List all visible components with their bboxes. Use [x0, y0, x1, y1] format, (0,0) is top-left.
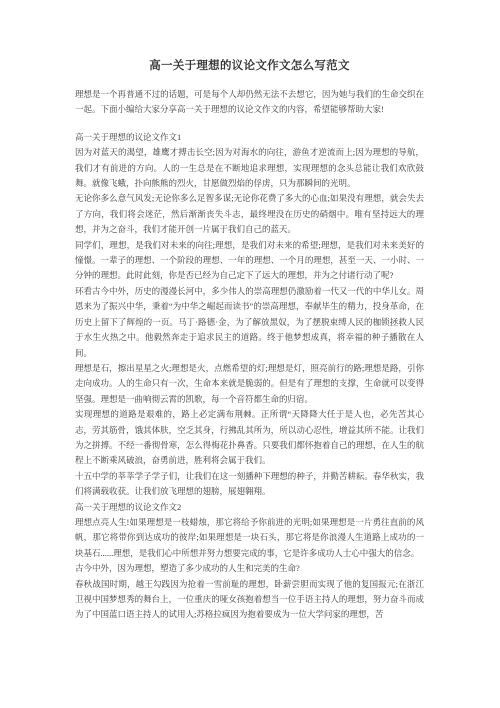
page-title: 高一关于理想的议论文作文怎么写范文: [75, 58, 424, 74]
section-1-paragraph-2: 无论你多么意气风发;无论你多么足智多谋;无论你花费了多大的心血;如果没有理想，就…: [75, 191, 424, 237]
section-1-paragraph-3: 同学们，理想，是我们对未来的向往;理想，是我们对未来的希望;理想，是我们对未来美…: [75, 238, 424, 284]
section-1-paragraph-7: 十五中学的莘莘学子学子们，让我们在这一刻播种下理想的种子，并勤苦耕耘。春华秋实，…: [75, 469, 424, 500]
section-1-paragraph-4: 环看古今中外，历史的漫漫长河中，多少伟人的崇高理想仍激励着一代又一代的中华儿女。…: [75, 284, 424, 361]
section-1-paragraph-1: 因为对蓝天的渴望，雄鹰才搏击长空;因为对海水的向往，游鱼才逆流而上;因为理想的导…: [75, 145, 424, 191]
section-1-heading: 高一关于理想的议论文作文1: [75, 130, 424, 145]
section-1-paragraph-5: 理想是石，擦出星星之火;理想是火，点燃希望的灯;理想是灯，照亮前行的路;理想是路…: [75, 361, 424, 407]
section-2-heading: 高一关于理想的议论文作文2: [75, 500, 424, 515]
section-2-paragraph-3: 春秋战国时期，越王勾践因为抢着一雪前耻的理想，卧薪尝胆而实现了他的复国报元;在浙…: [75, 577, 424, 623]
section-2-paragraph-1: 理想点亮人生!如果理想是一枝蜡烛，那它将给予你前进的光明;如果理想是一片勇往直前…: [75, 515, 424, 561]
document-page: 高一关于理想的议论文作文怎么写范文 理想是一个再普通不过的话题，可是每个人却仍然…: [0, 0, 500, 708]
intro-paragraph: 理想是一个再普通不过的话题，可是每个人却仍然无法不去想它，因为她与我们的生命交织…: [75, 87, 424, 118]
section-1-paragraph-6: 实现理想的道路是艰难的，路上必定满布荆棘。正所谓“天降降大任于是人也，必先苦其心…: [75, 407, 424, 469]
section-2-paragraph-2: 古今中外，因为理想，塑造了多少成功的人生和完美的生命?: [75, 561, 424, 576]
